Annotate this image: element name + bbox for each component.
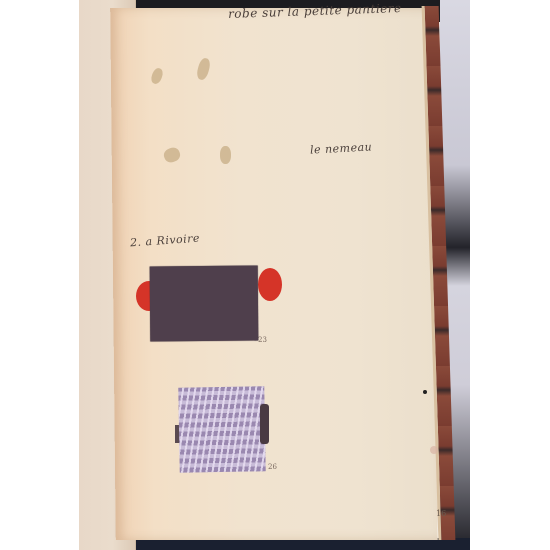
foxing-spot [430,446,438,454]
page-number: 16 [436,509,446,518]
swatch-number: 23 [258,336,267,344]
stain [220,146,231,164]
ink-dot [423,390,427,394]
fabric-fray-right [260,404,269,444]
fabric-swatch-dark [150,266,259,342]
wax-seal-right [258,268,282,301]
photo-scene: robe sur la petite pantiere le nemeau 2.… [0,0,550,550]
swatch-number: 26 [268,463,277,471]
fabric-swatch-check [178,386,265,472]
